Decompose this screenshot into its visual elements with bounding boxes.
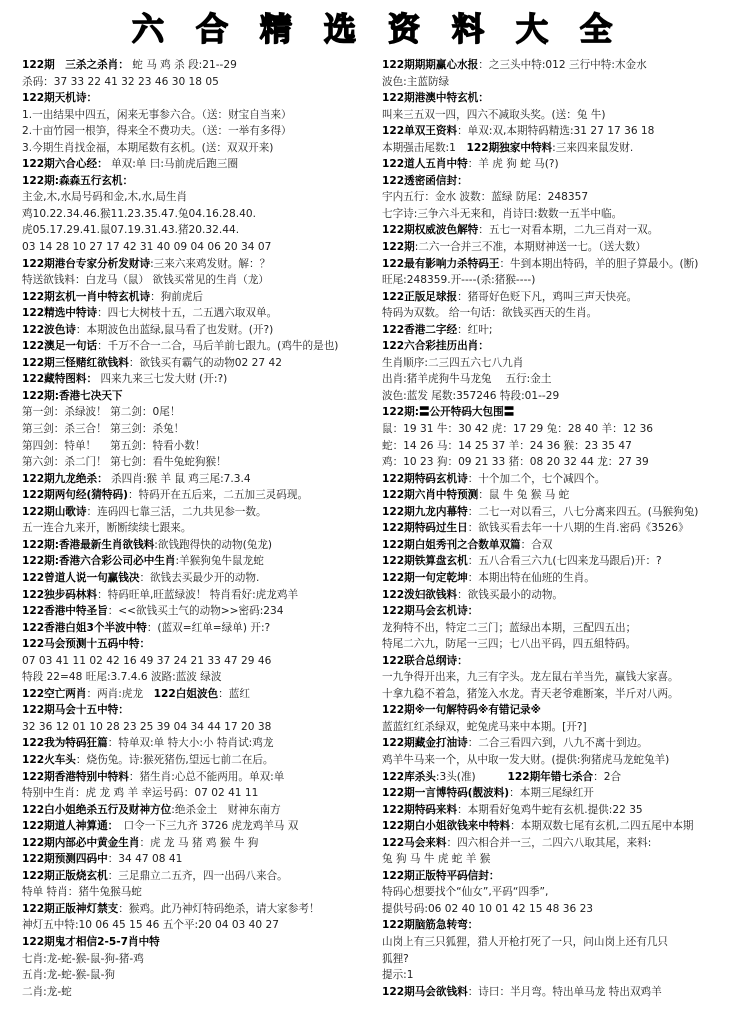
line-text: 杀码：37 33 22 41 32 23 46 30 18 05 (22, 76, 219, 88)
content-line: 1.一出结果中四五，闲来无事参六合。（送：财宝自当来） (22, 107, 387, 124)
section-line: 122香港白姐3个半波中特：(蓝双=红单=绿单) 开:? (22, 620, 387, 637)
line-heading: 122最有影响力杀特码王 (382, 258, 499, 270)
line-text: ：特码开在五后来，二五加三灵码现。 (128, 489, 308, 501)
line-text: 旺尾:248359.开----(杀:猪猴----) (382, 274, 535, 286)
content-line: 鸡10.22.34.46.猴11.23.35.47.兔04.16.28.40. (22, 206, 387, 223)
content-line: 特码为双数。 给一句话：欲钱买西天的生肖。 (382, 305, 742, 322)
line-heading: 122期马会欲钱料 (382, 986, 468, 998)
title-char: 资 (382, 8, 426, 50)
section-line: 122期白小姐欲钱来中特料：本期双数七尾有玄机,二四五尾中本期 (382, 818, 742, 835)
section-line: 122期特码过生日：欲钱买看去年一十八期的生肖.密码《3526》 (382, 520, 742, 537)
content-line: 十拿九稳不着急，猪笼入水龙。青天老爷难断案，半斤对八两。 (382, 686, 742, 703)
line-text: 出肖:猪羊虎狗牛马龙兔 五行:金土 (382, 373, 551, 385)
content-line: 本期强击尾数:1 122期独家中特料:三来四来鼠发财. (382, 140, 742, 157)
section-line: 122曾道人说一句赢钱决：欲钱去买最少开的动物. (22, 570, 387, 587)
line-heading: 122期六合心经： (22, 158, 108, 170)
line-heading: 122期白姐秀刊之合数单双篇 (382, 539, 521, 551)
section-line: 122精选中特诗：四七大树枝十五，二五遇六取双单。 (22, 305, 387, 322)
line-heading: 122期脑筋急转弯： (382, 919, 478, 931)
content-line: 07 03 41 11 02 42 16 49 37 24 21 33 47 2… (22, 653, 387, 670)
line-text: ：欲钱买最小的动物。 (457, 589, 563, 601)
line-text: ：本期看好兔鸡牛蛇有玄机.提供:22 35 (457, 804, 643, 816)
content-line: 特别中生肖：虎 龙 鸡 羊 幸运号码：07 02 41 11 (22, 785, 387, 802)
content-line: 七字诗:三争六斗无来和，肖诗曰:数数一五半中临。 (382, 206, 742, 223)
section-line: 122期:〓公开特码大包围〓 (382, 404, 742, 421)
section-line: 122期道人神算通： 口令一下三九齐 3726 虎龙鸡羊马 双 (22, 818, 387, 835)
section-line: 122期九龙绝杀： 杀四肖:猴 羊 鼠 鸡三尾:7.3.4 (22, 471, 387, 488)
line-text: ：本期双数七尾有玄机,二四五尾中本期 (510, 820, 693, 832)
section-line: 122透密函信封： (382, 173, 742, 190)
section-line: 122期内部必中黄金生肖：虎 龙 马 猪 鸡 猴 牛 狗 (22, 835, 387, 852)
line-heading: 122联合总纲诗： (382, 655, 468, 667)
line-text: 特送欲钱料：白龙马（鼠） 欲钱买常见的生肖（龙） (22, 274, 269, 286)
section-line: 122期脑筋急转弯： (382, 917, 742, 934)
line-text: 第三剑：杀三合！ 第三剑：杀兔！ (22, 423, 184, 435)
section-line: 122正版足球报：猪哥好色贬下凡，鸡叫三声天快亮。 (382, 289, 742, 306)
line-heading: 122空亡两肖 (22, 688, 87, 700)
line-text: 神灯五中特:10 06 45 15 46 五个平:20 04 03 40 27 (22, 919, 279, 931)
line-heading: 122泼妇欲钱料 (382, 589, 457, 601)
section-line: 122澳足一句话：千万不合一二合，马后羊前七跟九。(鸡牛的是也) (22, 338, 387, 355)
line-text: 七字诗:三争六斗无来和，肖诗曰:数数一五半中临。 (382, 208, 622, 220)
line-heading: 122期※一句解特码※有错记录※ (382, 704, 541, 716)
line-heading: 122期独家中特料 (466, 142, 552, 154)
line-heading: 122期玄机一肖中特玄机诗 (22, 291, 150, 303)
section-line: 122期马会欲钱料：诗曰：半月弯。特出单马龙 特出双鸡羊 (382, 984, 742, 1001)
line-text: ：猴鸡。此乃神灯特码绝杀，请大家参考！ (118, 903, 319, 915)
line-heading: 122期藏金打油诗 (382, 737, 468, 749)
line-heading: 122期:香港七决天下 (22, 390, 123, 402)
line-heading: 122香港中特圣旨 (22, 605, 108, 617)
line-text: 特尾二六九，防尾一三四；七八出平码，四五組特码。 (382, 638, 636, 650)
line-text: 主金,木,水局号码和金,木,水,局生肖 (22, 191, 187, 203)
section-line: 122期藏金打油诗：二合三看四六到，八九不离十到边。 (382, 735, 742, 752)
line-text: ：四七大树枝十五，二五遇六取双单。 (97, 307, 277, 319)
line-text: 03 14 28 10 27 17 42 31 40 09 04 06 20 3… (22, 241, 271, 253)
line-text: ：34 47 08 41 (108, 853, 183, 865)
line-text: 特段 22=48 旺尾:3.7.4.6 波路:蓝波 绿波 (22, 671, 221, 683)
line-heading: 122期港台专家分析发财诗 (22, 258, 150, 270)
section-line: 122期权威波色解特：五七一对看本期，二九三肖对一双。 (382, 222, 742, 239)
line-text: :欲钱跑得快的动物(兔龙) (154, 539, 272, 551)
section-line: 122期三怪赌红欲钱料：欲钱买有霸气的动物02 27 42 (22, 355, 387, 372)
line-text: :二六一合并三不准，本期财神送一七。（送大数） (415, 241, 646, 253)
section-line: 122藏特图料： 四来九来三七发大财 (开:?) (22, 371, 387, 388)
content-line: 鼠：19 31 牛：30 42 虎：17 29 兔：28 40 羊：12 36 (382, 421, 742, 438)
line-heading: 122期特码来料 (382, 804, 457, 816)
line-text: ：特单双:单 特大小:小 特肖试:鸡龙 (108, 737, 274, 749)
line-text: ：欲钱买有霸气的动物02 27 42 (129, 357, 282, 369)
line-text: ：合双 (521, 539, 553, 551)
section-line: 122期特码玄机诗：十个加二个，七个减四个。 (382, 471, 742, 488)
line-text: 波色:蓝发 尾数:357246 特段:01--29 (382, 390, 559, 402)
line-heading: 122期 三杀之杀肖： (22, 59, 129, 71)
section-line: 122联合总纲诗： (382, 653, 742, 670)
line-text: 宇内五行：金水 波数：蓝绿 防尾：248357 (382, 191, 588, 203)
title-char: 选 (318, 8, 362, 50)
line-heading: 122单双王资料 (382, 125, 457, 137)
line-heading: 122马会来料 (382, 837, 447, 849)
line-heading: 122期年错七杀合 (507, 771, 593, 783)
line-text: 3.今期生肖找金福，本期尾数有玄机。(送：双双开来) (22, 142, 273, 154)
line-heading: 122精选中特诗 (22, 307, 97, 319)
right-column: 122期期期赢心水报：之三头中特:012 三行中特:木金水 波色:主蓝防绿122… (382, 57, 742, 1000)
content-line: 03 14 28 10 27 17 42 31 40 09 04 06 20 3… (22, 239, 387, 256)
line-text: ：诗曰：半月弯。特出单马龙 特出双鸡羊 (468, 986, 662, 998)
content-line: 出肖:猪羊虎狗牛马龙兔 五行:金土 (382, 371, 742, 388)
line-heading: 122正版足球报 (382, 291, 457, 303)
line-text: 特单 特肖：猪牛兔猴马蛇 (22, 886, 142, 898)
content-line: 蛇：14 26 马：14 25 37 羊：24 36 猴：23 35 47 (382, 438, 742, 455)
line-text: ：本期出特在仙班的生肖。 (468, 572, 595, 584)
line-text: 二肖:龙-蛇 (22, 986, 72, 998)
line-text: ：(蓝双=红单=绿单) 开:? (147, 622, 270, 634)
line-heading: 122期一句定乾坤 (382, 572, 468, 584)
line-text: 第六剑：杀二门！ 第七剑：看牛兔蛇狗猴！ (22, 456, 227, 468)
section-line: 122库杀头:3头(准) 122期年错七杀合：2合 (382, 769, 742, 786)
line-heading: 122期港澳中特玄机： (382, 92, 489, 104)
line-heading: 122期:香港六合彩公司必中生肖 (22, 555, 175, 567)
line-heading: 122期六肖中特预测 (382, 489, 478, 501)
content-line: 生肖顺序:二三四五六七八九肖 (382, 355, 742, 372)
content-line: 旺尾:248359.开----(杀:猪猴----) (382, 272, 742, 289)
line-heading: 122期一言博特码(靓波料) (382, 787, 509, 799)
section-line: 122期两句经(猜特码)：特码开在五后来，二五加三灵码现。 (22, 487, 387, 504)
section-line: 122最有影响力杀特码王：牛到本期出特码，羊的胆子算最小。(断) (382, 256, 742, 273)
section-line: 122马会来料：四六相合并一三，二四六八取其尾，来料: (382, 835, 742, 852)
line-heading: 122香港二字经 (382, 324, 457, 336)
line-text: ：猪哥好色贬下凡，鸡叫三声天快亮。 (457, 291, 637, 303)
line-heading: 122曾道人说一句赢钱决 (22, 572, 139, 584)
line-text: 鸡羊牛马来一个，从中取一发大财。(提供:狗猪虎马龙蛇兔羊) (382, 754, 669, 766)
line-text: 提示:1 (382, 969, 414, 981)
content-line: 宇内五行：金水 波数：蓝绿 防尾：248357 (382, 189, 742, 206)
section-line: 122我为特码狂篇：特单双:单 特大小:小 特肖试:鸡龙 (22, 735, 387, 752)
line-text: ：狗前虎后 (150, 291, 203, 303)
line-heading: 122期道人神算通： (22, 820, 113, 832)
line-heading: 122期白小姐欲钱来中特料 (382, 820, 510, 832)
line-text: 狐狸? (382, 953, 409, 965)
line-heading: 122期特码过生日 (382, 522, 468, 534)
line-heading: 122期正版特平码信封： (382, 870, 499, 882)
line-heading: 122期正版神灯禁支 (22, 903, 118, 915)
line-heading: 122期铁算盘玄机 (382, 555, 468, 567)
section-line: 122火车头：烧伤兔。诗:猴死猪伤,望远七前二在后。 (22, 752, 387, 769)
content-line: 兔 狗 马 牛 虎 蛇 羊 猴 (382, 851, 742, 868)
line-text: ：特码旺单,旺蓝绿波！ 特肖看好:虎龙鸡羊 (97, 589, 298, 601)
line-text: ：牛到本期出特码，羊的胆子算最小。(断) (499, 258, 698, 270)
section-line: 122期特码来料：本期看好兔鸡牛蛇有玄机.提供:22 35 (382, 802, 742, 819)
line-text: ：二七一对以看三，八七分离来四五。(马猴狗兔) (468, 506, 699, 518)
line-text: 第一剑：杀绿波！ 第二剑：0尾！ (22, 406, 180, 418)
content-line: 神灯五中特:10 06 45 15 46 五个平:20 04 03 40 27 (22, 917, 387, 934)
line-text: ：之三头中特:012 三行中特:木金水 (478, 59, 646, 71)
line-text: 口令一下三九齐 3726 虎龙鸡羊马 双 (113, 820, 298, 832)
section-line: 122期一句定乾坤：本期出特在仙班的生肖。 (382, 570, 742, 587)
line-text: 生肖顺序:二三四五六七八九肖 (382, 357, 523, 369)
line-heading: 122藏特图料： (22, 373, 97, 385)
line-text: 龙狗特不出，特定二三门；蓝绿出本期，三配四五出； (382, 622, 636, 634)
content-line: 第三剑：杀三合！ 第三剑：杀兔！ (22, 421, 387, 438)
line-heading: 122期九龙绝杀： (22, 473, 108, 485)
line-heading: 122期:森森五行玄机： (22, 175, 133, 187)
line-heading: 122期鬼才相信2-5-7肖中特 (22, 936, 160, 948)
left-column: 122期 三杀之杀肖： 蛇 马 鸡 杀 段:21--29杀码：37 33 22 … (22, 57, 387, 1000)
line-text: ：四六相合并一三，二四六八取其尾，来料: (447, 837, 652, 849)
content-line: 提示:1 (382, 967, 742, 984)
section-line: 122波色诗：本期波色出蓝绿,鼠马看了也发财。(开?) (22, 322, 387, 339)
line-heading: 122香港白姐3个半波中特 (22, 622, 147, 634)
section-line: 122期九龙内幕特：二七一对以看三，八七分离来四五。(马猴狗兔) (382, 504, 742, 521)
line-text: 十拿九稳不着急，猪笼入水龙。青天老爷难断案，半斤对八两。 (382, 688, 679, 700)
line-text: 五一连合九来开，断断续续七跟来。 (22, 522, 192, 534)
content-line: 第一剑：杀绿波！ 第二剑：0尾！ (22, 404, 387, 421)
line-text: ：羊 虎 狗 蛇 马(?) (468, 158, 559, 170)
line-text: 特码心想要找个“仙女”,平码“四季”, (382, 886, 548, 898)
section-line: 122期※一句解特码※有错记录※ (382, 702, 742, 719)
content-line: 狐狸? (382, 951, 742, 968)
line-text: 特码为双数。 给一句话：欲钱买西天的生肖。 (382, 307, 597, 319)
content-line: 特送欲钱料：白龙马（鼠） 欲钱买常见的生肖（龙） (22, 272, 387, 289)
line-text: 第四剑：特单！ 第五剑：特看小数！ (22, 440, 205, 452)
line-heading: 122马会预测十五码中特： (22, 638, 150, 650)
line-heading: 122库杀头 (382, 771, 436, 783)
section-line: 122期山歌诗：连码四七靠三活，二九共见参一数。 (22, 504, 387, 521)
section-line: 122期玄机一肖中特玄机诗：狗前虎后 (22, 289, 387, 306)
content-line: 一九争得开出来，九三有字头。龙左鼠右羊当先，赢钱大家喜。 (382, 669, 742, 686)
line-heading: 122火车头 (22, 754, 76, 766)
section-line: 122期:香港最新生肖欲钱料:欲钱跑得快的动物(兔龙) (22, 537, 387, 554)
line-text: ：<<欲钱买土气的动物>>密码:234 (108, 605, 284, 617)
section-line: 122期正版特平码信封： (382, 868, 742, 885)
line-text: ：两肖:虎龙 (87, 688, 154, 700)
line-text: 单双:单 曰:马前虎后跑三圈 (108, 158, 238, 170)
page-title: 六合精选资料大全 (0, 8, 744, 50)
line-heading: 122白姐波色 (154, 688, 219, 700)
line-heading: 122期期期赢心水报 (382, 59, 478, 71)
line-text: ：烧伤兔。诗:猴死猪伤,望远七前二在后。 (76, 754, 274, 766)
line-heading: 122期两句经(猜特码) (22, 489, 128, 501)
section-line: 122期马会十五中特： (22, 702, 387, 719)
title-char: 精 (254, 8, 298, 50)
line-heading: 122期马会玄机诗： (382, 605, 478, 617)
section-line: 122期:森森五行玄机： (22, 173, 387, 190)
line-text: ：红叶; (457, 324, 492, 336)
line-text: ：连码四七靠三活，二九共见参一数。 (87, 506, 267, 518)
content-line: 2.十亩竹园一根笋，得来全不费功夫。（送：一举有多得） (22, 123, 387, 140)
content-line: 五肖:龙-蛇-猴-鼠-狗 (22, 967, 387, 984)
line-text: ：鼠 牛 兔 猴 马 蛇 (478, 489, 569, 501)
line-text: 鸡10.22.34.46.猴11.23.35.47.兔04.16.28.40. (22, 208, 256, 220)
section-line: 122期港台专家分析发财诗:三来六来鸡发财。解：？ (22, 256, 387, 273)
line-heading: 122透密函信封： (382, 175, 468, 187)
section-line: 122期正版烧玄机：三足鼎立二五齐，四一出码八来合。 (22, 868, 387, 885)
line-text: ：虎 龙 马 猪 鸡 猴 牛 狗 (139, 837, 258, 849)
title-char: 六 (126, 8, 170, 50)
line-heading: 122期正版烧玄机 (22, 870, 108, 882)
line-text: :三来六来鸡发财。解：？ (150, 258, 270, 270)
content-line: 叫来三五双一四，四六不减取头奖。(送：兔 牛) (382, 107, 742, 124)
section-line: 122期六合心经： 单双:单 曰:马前虎后跑三圈 (22, 156, 387, 173)
content-line: 蓝蓝红红杀绿双，蛇兔虎马来中本期。[开?] (382, 719, 742, 736)
line-text: :羊猴狗兔牛鼠龙蛇 (175, 555, 263, 567)
section-line: 122期六肖中特预测：鼠 牛 兔 猴 马 蛇 (382, 487, 742, 504)
line-text: :绝杀金土 财神东南方 (171, 804, 281, 816)
line-text: 叫来三五双一四，四六不减取头奖。(送：兔 牛) (382, 109, 606, 121)
section-line: 122期:二六一合并三不准，本期财神送一七。（送大数） (382, 239, 742, 256)
line-text: ：2合 (593, 771, 621, 783)
section-line: 122期正版神灯禁支：猴鸡。此乃神灯特码绝杀，请大家参考！ (22, 901, 387, 918)
line-text: 32 36 12 01 10 28 23 25 39 04 34 44 17 2… (22, 721, 271, 733)
line-text: ：单双:双,本期特码精选:31 27 17 36 18 (457, 125, 654, 137)
line-heading: 122道人五肖中特 (382, 158, 468, 170)
content-line: 鸡羊牛马来一个，从中取一发大财。(提供:狗猪虎马龙蛇兔羊) (382, 752, 742, 769)
section-line: 122期天机诗： (22, 90, 387, 107)
line-text: 四来九来三七发大财 (开:?) (97, 373, 227, 385)
content-line: 第六剑：杀二门！ 第七剑：看牛兔蛇狗猴！ (22, 454, 387, 471)
line-heading: 122澳足一句话 (22, 340, 97, 352)
content-line: 波色:蓝发 尾数:357246 特段:01--29 (382, 388, 742, 405)
line-text: 特别中生肖：虎 龙 鸡 羊 幸运号码：07 02 41 11 (22, 787, 258, 799)
line-heading: 122我为特码狂篇 (22, 737, 108, 749)
section-line: 122白小姐绝杀五行及财神方位:绝杀金土 财神东南方 (22, 802, 387, 819)
line-text: 鸡：10 23 狗：09 21 33 猪：08 20 32 44 龙：27 39 (382, 456, 649, 468)
line-text: ：本期波色出蓝绿,鼠马看了也发财。(开?) (76, 324, 273, 336)
content-line: 二肖:龙-蛇 (22, 984, 387, 1001)
line-text: 波色:主蓝防绿 (382, 76, 449, 88)
section-line: 122期白姐秀刊之合数单双篇：合双 (382, 537, 742, 554)
line-text: ：欲钱去买最少开的动物. (139, 572, 259, 584)
content-line: 龙狗特不出，特定二三门；蓝绿出本期，三配四五出； (382, 620, 742, 637)
content-line: 特单 特肖：猪牛兔猴马蛇 (22, 884, 387, 901)
section-line: 122期一言博特码(靓波料)：本期三尾绿红开 (382, 785, 742, 802)
section-line: 122泼妇欲钱料：欲钱买最小的动物。 (382, 587, 742, 604)
line-text: ：千万不合一二合，马后羊前七跟九。(鸡牛的是也) (97, 340, 338, 352)
line-text: :三来四来鼠发财. (552, 142, 633, 154)
line-heading: 122波色诗 (22, 324, 76, 336)
section-line: 122独步码林料：特码旺单,旺蓝绿波！ 特肖看好:虎龙鸡羊 (22, 587, 387, 604)
line-text: 2.十亩竹园一根笋，得来全不费功夫。（送：一举有多得） (22, 125, 292, 137)
section-line: 122期马会玄机诗： (382, 603, 742, 620)
content-line: 山岗上有三只狐狸，猎人开枪打死了一只，问山岗上还有几只 (382, 934, 742, 951)
line-text: ：十个加二个，七个减四个。 (468, 473, 606, 485)
line-heading: 122期马会十五中特： (22, 704, 129, 716)
section-line: 122期期期赢心水报：之三头中特:012 三行中特:木金水 (382, 57, 742, 74)
line-text: 虎05.17.29.41.鼠07.19.31.43.猪20.32.44. (22, 224, 239, 236)
line-text: ：蓝红 (218, 688, 250, 700)
line-text: 五肖:龙-蛇-猴-鼠-狗 (22, 969, 115, 981)
line-heading: 122独步码林料 (22, 589, 97, 601)
line-text: ：五七一对看本期，二九三肖对一双。 (478, 224, 658, 236)
content-line: 七肖:龙-蛇-猴-鼠-狗-猪-鸡 (22, 951, 387, 968)
line-heading: 122期特码玄机诗 (382, 473, 468, 485)
line-heading: 122期香港特别中特料 (22, 771, 129, 783)
content-line: 提供号码:06 02 40 10 01 42 15 48 36 23 (382, 901, 742, 918)
line-text: 1.一出结果中四五，闲来无事参六合。（送：财宝自当来） (22, 109, 292, 121)
line-heading: 122白小姐绝杀五行及财神方位 (22, 804, 171, 816)
section-line: 122期预测四码中：34 47 08 41 (22, 851, 387, 868)
line-text: 山岗上有三只狐狸，猎人开枪打死了一只，问山岗上还有几只 (382, 936, 668, 948)
section-line: 122道人五肖中特：羊 虎 狗 蛇 马(?) (382, 156, 742, 173)
content-line: 杀码：37 33 22 41 32 23 46 30 18 05 (22, 74, 387, 91)
content-line: 3.今期生肖找金福，本期尾数有玄机。(送：双双开来) (22, 140, 387, 157)
line-heading: 122期预测四码中 (22, 853, 108, 865)
line-text: 本期强击尾数:1 (382, 142, 466, 154)
line-text: ：三足鼎立二五齐，四一出码八来合。 (108, 870, 288, 882)
line-text: :3头(准) (436, 771, 508, 783)
line-text: 鼠：19 31 牛：30 42 虎：17 29 兔：28 40 羊：12 36 (382, 423, 653, 435)
line-text: 七肖:龙-蛇-猴-鼠-狗-猪-鸡 (22, 953, 144, 965)
content-line: 虎05.17.29.41.鼠07.19.31.43.猪20.32.44. (22, 222, 387, 239)
title-char: 全 (574, 8, 618, 50)
line-heading: 122期九龙内幕特 (382, 506, 468, 518)
line-text: ：五八合看三六九(七四来龙马跟后)开：? (468, 555, 662, 567)
line-heading: 122六合彩挂历出肖： (382, 340, 489, 352)
line-text: 蓝蓝红红杀绿双，蛇兔虎马来中本期。[开?] (382, 721, 587, 733)
title-char: 合 (190, 8, 234, 50)
section-line: 122单双王资料：单双:双,本期特码精选:31 27 17 36 18 (382, 123, 742, 140)
line-text: 兔 狗 马 牛 虎 蛇 羊 猴 (382, 853, 490, 865)
section-line: 122香港中特圣旨：<<欲钱买土气的动物>>密码:234 (22, 603, 387, 620)
section-line: 122香港二字经：红叶; (382, 322, 742, 339)
line-text: 蛇 马 鸡 杀 段:21--29 (129, 59, 237, 71)
section-line: 122期 三杀之杀肖： 蛇 马 鸡 杀 段:21--29 (22, 57, 387, 74)
section-line: 122期鬼才相信2-5-7肖中特 (22, 934, 387, 951)
line-text: 提供号码:06 02 40 10 01 42 15 48 36 23 (382, 903, 593, 915)
line-heading: 122期天机诗： (22, 92, 97, 104)
content-line: 特码心想要找个“仙女”,平码“四季”, (382, 884, 742, 901)
line-heading: 122期内部必中黄金生肖 (22, 837, 139, 849)
line-text: ：本期三尾绿红开 (509, 787, 594, 799)
line-text: ：二合三看四六到，八九不离十到边。 (468, 737, 648, 749)
line-text: 蛇：14 26 马：14 25 37 羊：24 36 猴：23 35 47 (382, 440, 632, 452)
line-text: 07 03 41 11 02 42 16 49 37 24 21 33 47 2… (22, 655, 271, 667)
content-line: 五一连合九来开，断断续续七跟来。 (22, 520, 387, 537)
section-line: 122期香港特别中特料：猪生肖:心总不能两用。单双:单 (22, 769, 387, 786)
section-line: 122马会预测十五码中特： (22, 636, 387, 653)
line-heading: 122期:〓公开特码大包围〓 (382, 406, 514, 418)
title-char: 大 (510, 8, 554, 50)
line-text: ：猪生肖:心总不能两用。单双:单 (129, 771, 284, 783)
line-heading: 122期权威波色解特 (382, 224, 478, 236)
content-line: 主金,木,水局号码和金,木,水,局生肖 (22, 189, 387, 206)
line-heading: 122期:香港最新生肖欲钱料 (22, 539, 154, 551)
section-line: 122空亡两肖：两肖:虎龙 122白姐波色：蓝红 (22, 686, 387, 703)
line-heading: 122期三怪赌红欲钱料 (22, 357, 129, 369)
content-line: 特段 22=48 旺尾:3.7.4.6 波路:蓝波 绿波 (22, 669, 387, 686)
line-text: ：欲钱买看去年一十八期的生肖.密码《3526》 (468, 522, 689, 534)
line-heading: 122期 (382, 241, 415, 253)
section-line: 122期铁算盘玄机：五八合看三六九(七四来龙马跟后)开：? (382, 553, 742, 570)
line-text: 杀四肖:猴 羊 鼠 鸡三尾:7.3.4 (108, 473, 251, 485)
content-line: 鸡：10 23 狗：09 21 33 猪：08 20 32 44 龙：27 39 (382, 454, 742, 471)
content-line: 32 36 12 01 10 28 23 25 39 04 34 44 17 2… (22, 719, 387, 736)
section-line: 122期:香港七决天下 (22, 388, 387, 405)
section-line: 122期:香港六合彩公司必中生肖:羊猴狗兔牛鼠龙蛇 (22, 553, 387, 570)
section-line: 122六合彩挂历出肖： (382, 338, 742, 355)
content-line: 特尾二六九，防尾一三四；七八出平码，四五組特码。 (382, 636, 742, 653)
content-line: 第四剑：特单！ 第五剑：特看小数！ (22, 438, 387, 455)
line-heading: 122期山歌诗 (22, 506, 87, 518)
title-char: 料 (446, 8, 490, 50)
content-line: 波色:主蓝防绿 (382, 74, 742, 91)
line-text: 一九争得开出来，九三有字头。龙左鼠右羊当先，赢钱大家喜。 (382, 671, 679, 683)
section-line: 122期港澳中特玄机： (382, 90, 742, 107)
